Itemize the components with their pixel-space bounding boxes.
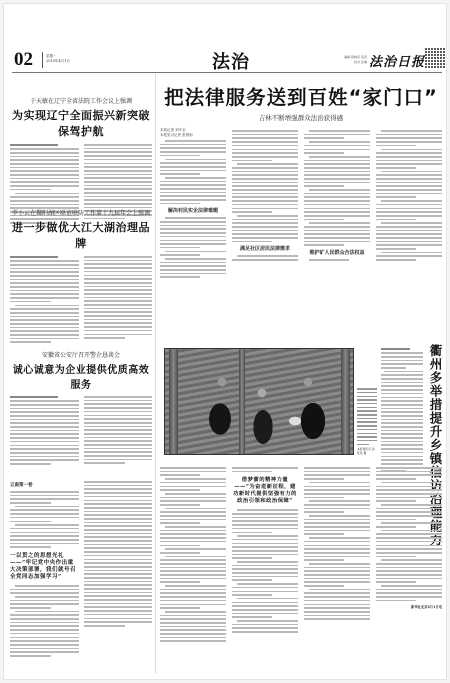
lower-headline[interactable]: 借梦蕾的精神力量——“为奋进新征程，建功新时代提供坚强有力的政治引领和政治保障” — [232, 477, 298, 505]
column-label: 云南第一卷 — [10, 482, 79, 488]
editor-credits: 编辑 蒋晓亮 张晋 校对 张琳 — [337, 55, 367, 64]
photo-caption: 本报通讯员 孙某某 摄 — [357, 386, 377, 455]
article-body — [10, 254, 152, 345]
lead-body: 本报记者 刘中全 本报见习记者 张晨雨 解决村民实企法律难题 满足社区居民法律需… — [160, 128, 442, 280]
section-title: 法治 — [212, 48, 250, 74]
sign-off: 新华社北京4月1日电 — [376, 604, 442, 609]
qr-code-icon — [425, 48, 445, 68]
article-liaoning: 于天敏在辽宁全省法院工作会议上强调 为实现辽宁全面振兴新突破保驾护航 — [10, 96, 152, 226]
article-commentary: 云南第一卷 一以贯之的思想光礼——“牢记党中央作出重大决策部署，我们就号召全党同… — [10, 476, 152, 659]
column-divider — [155, 74, 156, 674]
page-number: 02 — [14, 50, 33, 70]
lead-subheadline: 吉林不断增强群众法治获得感 — [160, 113, 442, 122]
article-headline[interactable]: 为实现辽宁全面振兴新突破保驾护航 — [10, 107, 152, 139]
article-anhui: 安徽省公安厅召开警企恳谈会 诚心诚意为企业提供优质高效服务 — [10, 350, 152, 467]
page-header: 02 星期一 2019年4月1日 法治 编辑 蒋晓亮 张晋 校对 张琳 法治日报 — [12, 50, 442, 72]
section-head: 解决村民实企法律难题 — [160, 207, 226, 214]
header-rule — [12, 72, 442, 73]
newspaper-page: 02 星期一 2019年4月1日 法治 编辑 蒋晓亮 张晋 校对 张琳 法治日报… — [3, 3, 447, 680]
article-kicker: 安徽省公安厅召开警企恳谈会 — [10, 350, 152, 359]
article-kicker: 罗小云在鄱阳湖区联谊联防工作第十九届年会上强调 — [10, 208, 152, 217]
article-body — [10, 394, 152, 467]
article-body: 云南第一卷 一以贯之的思想光礼——“牢记党中央作出重大决策部署，我们就号召全党同… — [10, 479, 152, 659]
header-divider — [42, 52, 43, 68]
article-jiangxi: 罗小云在鄱阳湖区联谊联防工作第十九届年会上强调 进一步做优大江大湖治理品牌 — [10, 208, 152, 345]
photo-credit: 本报通讯员 孙某某 摄 — [357, 447, 377, 455]
masthead-logo: 法治日报 — [369, 51, 425, 70]
date: 2019年4月1日 — [46, 59, 70, 64]
article-lower: 借梦蕾的精神力量——“为奋进新征程，建功新时代提供坚强有力的政治引领和政治保障” — [160, 462, 442, 644]
section-head: 满足社区居民法律需求 — [232, 245, 298, 252]
news-photo[interactable] — [164, 348, 354, 455]
article-jilin: 把法律服务送到百姓“家门口” 吉林不断增强群众法治获得感 本报记者 刘中全 本报… — [160, 82, 442, 280]
commentary-headline[interactable]: 一以贯之的思想光礼——“牢记党中央作出重大决策部署，我们就号召全党同志加强学习” — [10, 553, 79, 581]
article-kicker: 于天敏在辽宁全省法院工作会议上强调 — [10, 96, 152, 105]
proofreader-line: 校对 张琳 — [337, 60, 367, 65]
lower-body: 借梦蕾的精神力量——“为奋进新征程，建功新时代提供坚强有力的政治引领和政治保障” — [160, 465, 442, 644]
article-quzhou-body — [381, 346, 423, 474]
lead-byline: 本报记者 刘中全 本报见习记者 张晨雨 — [160, 128, 226, 138]
article-headline[interactable]: 诚心诚意为企业提供优质高效服务 — [10, 361, 152, 391]
page-date: 星期一 2019年4月1日 — [46, 54, 70, 64]
section-head: 维护矿人民群众合法权益 — [304, 249, 370, 256]
article-headline[interactable]: 进一步做优大江大湖治理品牌 — [10, 219, 152, 251]
lead-headline[interactable]: 把法律服务送到百姓“家门口” — [160, 82, 442, 110]
